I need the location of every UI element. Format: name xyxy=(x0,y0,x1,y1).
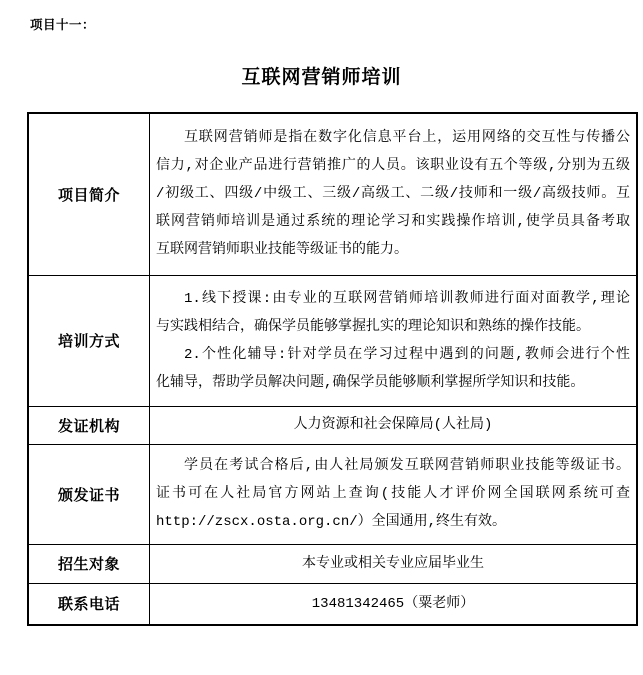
text-line: /初级工、四级/中级工、三级/高级工、二级/技师和一级/高级技师。互 xyxy=(156,180,630,208)
row-label-certifying-agency: 发证机构 xyxy=(28,406,150,444)
cell-certifying-agency: 人力资源和社会保障局(人社局) xyxy=(150,406,638,444)
text-line: 1.线下授课:由专业的互联网营销师培训教师进行面对面教学,理论 xyxy=(156,285,630,313)
text-line: 联网营销师培训是通过系统的理论学习和实践操作培训,使学员具备考取 xyxy=(156,208,630,236)
table-row: 项目简介 互联网营销师是指在数字化信息平台上，运用网络的交互性与传播公信力,对企… xyxy=(28,113,637,275)
cell-enrollment-target: 本专业或相关专业应届毕业生 xyxy=(150,544,638,583)
cell-training-method: 1.线下授课:由专业的互联网营销师培训教师进行面对面教学,理论与实践相结合，确保… xyxy=(150,275,638,406)
text-line: 证书可在人社局官方网站上查询(技能人才评价网全国联网系统可查 xyxy=(156,480,630,508)
text-line: 化辅导，帮助学员解决问题,确保学员能够顺利掌握所学知识和技能。 xyxy=(156,369,630,397)
text-line: 学员在考试合格后,由人社局颁发互联网营销师职业技能等级证书。 xyxy=(156,452,630,480)
row-label-enrollment-target: 招生对象 xyxy=(28,544,150,583)
table-row: 颁发证书 学员在考试合格后,由人社局颁发互联网营销师职业技能等级证书。证书可在人… xyxy=(28,444,637,544)
table-row: 培训方式 1.线下授课:由专业的互联网营销师培训教师进行面对面教学,理论与实践相… xyxy=(28,275,637,406)
document-page: 项目十一： 互联网营销师培训 项目简介 互联网营销师是指在数字化信息平台上，运用… xyxy=(0,0,643,675)
project-number-label: 项目十一： xyxy=(30,15,95,33)
cell-contact-phone: 13481342465（粟老师） xyxy=(150,583,638,625)
text-line: 信力,对企业产品进行营销推广的人员。该职业设有五个等级,分别为五级 xyxy=(156,152,630,180)
table-row: 发证机构 人力资源和社会保障局(人社局) xyxy=(28,406,637,444)
text-line: 与实践相结合，确保学员能够掌握扎实的理论知识和熟练的操作技能。 xyxy=(156,313,630,341)
row-label-training-method: 培训方式 xyxy=(28,275,150,406)
cell-project-intro: 互联网营销师是指在数字化信息平台上，运用网络的交互性与传播公信力,对企业产品进行… xyxy=(150,113,638,275)
table-row: 联系电话 13481342465（粟老师） xyxy=(28,583,637,625)
cell-certificate-issued: 学员在考试合格后,由人社局颁发互联网营销师职业技能等级证书。证书可在人社局官方网… xyxy=(150,444,638,544)
training-info-table: 项目简介 互联网营销师是指在数字化信息平台上，运用网络的交互性与传播公信力,对企… xyxy=(27,112,638,626)
page-title: 互联网营销师培训 xyxy=(0,62,643,89)
row-label-contact-phone: 联系电话 xyxy=(28,583,150,625)
table-row: 招生对象 本专业或相关专业应届毕业生 xyxy=(28,544,637,583)
row-label-certificate-issued: 颁发证书 xyxy=(28,444,150,544)
row-label-project-intro: 项目简介 xyxy=(28,113,150,275)
text-line: http://zscx.osta.org.cn/）全国通用,终生有效。 xyxy=(156,508,630,536)
text-line: 互联网营销师职业技能等级证书的能力。 xyxy=(156,236,630,264)
text-line: 2.个性化辅导:针对学员在学习过程中遇到的问题,教师会进行个性 xyxy=(156,341,630,369)
text-line: 互联网营销师是指在数字化信息平台上，运用网络的交互性与传播公 xyxy=(156,124,630,152)
